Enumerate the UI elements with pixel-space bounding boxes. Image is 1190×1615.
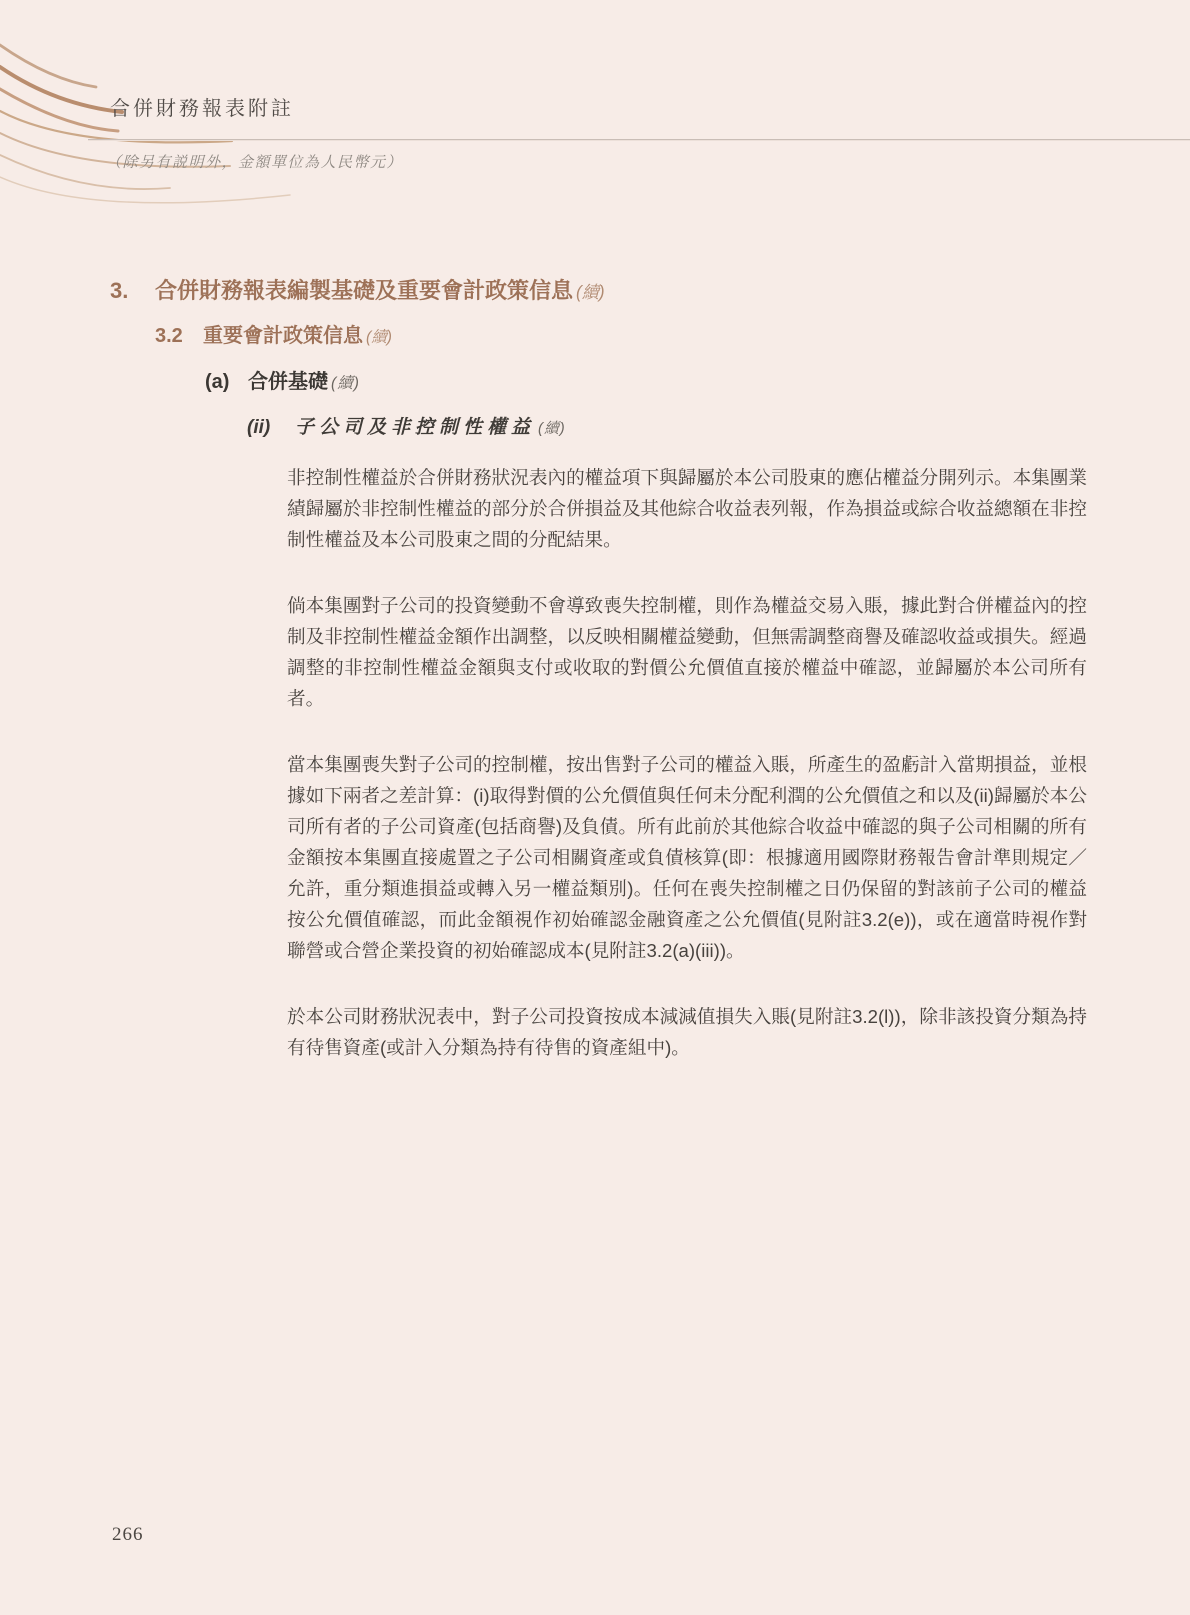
section-heading: 3. 合併財務報表編製基礎及重要會計政策信息(續) [0, 276, 1190, 307]
body-paragraph: 非控制性權益於合併財務狀況表內的權益項下與歸屬於本公司股東的應佔權益分開列示。本… [287, 462, 1087, 555]
subsection-continued: (續) [366, 329, 392, 346]
subsection-number: 3.2 [155, 322, 203, 350]
body-text: 非控制性權益於合併財務狀況表內的權益項下與歸屬於本公司股東的應佔權益分開列示。本… [0, 462, 1087, 1063]
section-title: 合併財務報表編製基礎及重要會計政策信息(續) [155, 276, 605, 307]
note-content: 3. 合併財務報表編製基礎及重要會計政策信息(續) 3.2 重要會計政策信息(續… [0, 276, 1190, 1098]
item-a-continued: (續) [331, 375, 360, 392]
section-number: 3. [110, 276, 155, 306]
item-ii-continued: (續) [538, 421, 566, 437]
body-paragraph: 當本集團喪失對子公司的控制權，按出售對子公司的權益入賬，所產生的盈虧計入當期損益… [287, 749, 1087, 966]
item-ii-heading: (ii) 子公司及非控制性權益(續) [0, 414, 1190, 443]
header-divider [88, 139, 1190, 140]
page-title: 合併財務報表附註 [110, 92, 294, 121]
body-paragraph: 倘本集團對子公司的投資變動不會導致喪失控制權，則作為權益交易入賬，據此對合併權益… [287, 590, 1087, 714]
item-a-title: 合併基礎(續) [248, 368, 360, 398]
body-paragraph: 於本公司財務狀況表中，對子公司投資按成本減減值損失入賬(見附註3.2(l))，除… [287, 1001, 1087, 1063]
document-page: 合併財務報表附註 （除另有説明外，金額單位為人民幣元） 3. 合併財務報表編製基… [0, 0, 1190, 1615]
subsection-title: 重要會計政策信息(續) [203, 322, 392, 352]
page-number: 266 [112, 1524, 144, 1546]
section-continued: (續) [576, 282, 605, 302]
item-a-heading: (a) 合併基礎(續) [0, 368, 1190, 398]
subsection-heading: 3.2 重要會計政策信息(續) [0, 322, 1190, 352]
item-ii-number: (ii) [247, 414, 295, 441]
page-subtitle: （除另有説明外，金額單位為人民幣元） [106, 151, 403, 172]
item-a-number: (a) [205, 368, 248, 396]
item-ii-title: 子公司及非控制性權益(續) [295, 414, 566, 443]
